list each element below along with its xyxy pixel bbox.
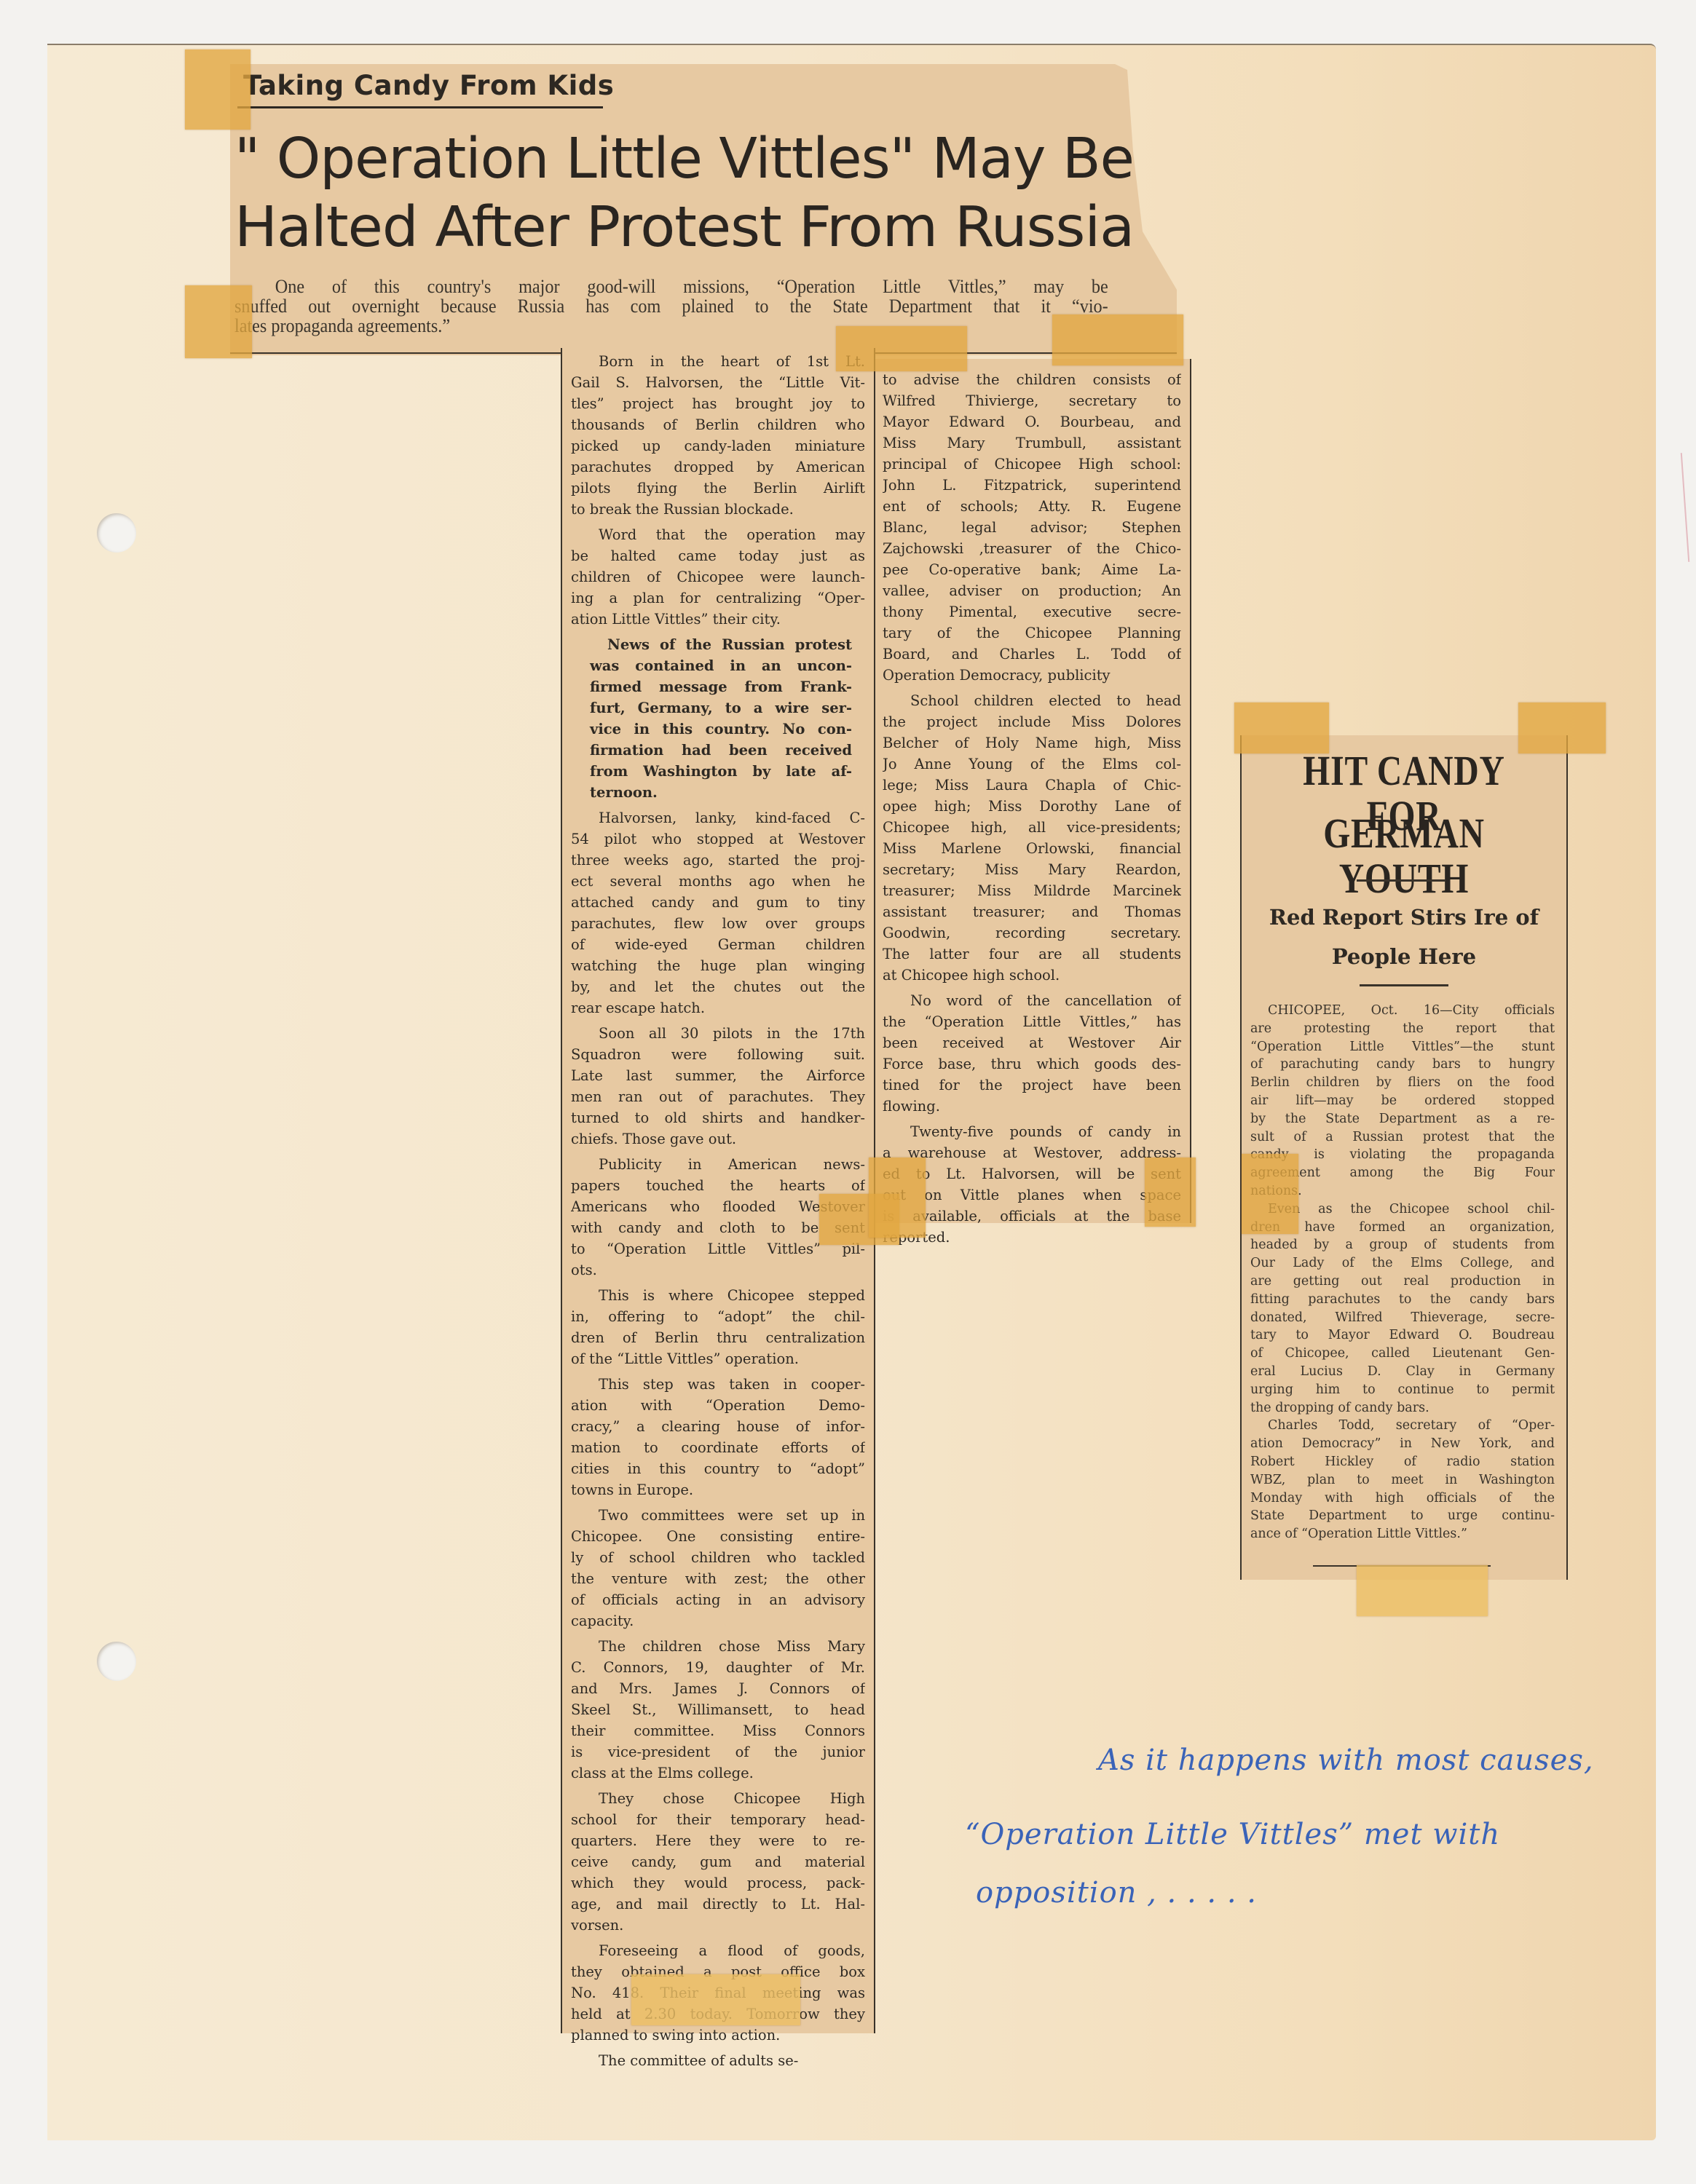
text-line: at Chicopee high school. <box>883 965 1181 986</box>
text-line: parachutes, flew low over groups <box>571 913 865 934</box>
tape-strip <box>1242 1154 1298 1234</box>
text-line: ly of school children who tackled <box>571 1547 865 1568</box>
article-column-1: Born in the heart of 1st Lt.Gail S. Halv… <box>561 348 875 2033</box>
text-line: ceive candy, gum and material <box>571 1851 865 1872</box>
handwritten-line-1: As it happens with most causes, <box>1098 1744 1594 1777</box>
text-line: of officials acting in an advisory <box>571 1589 865 1610</box>
text-line: sult of a Russian protest that the <box>1250 1128 1555 1147</box>
tape-strip <box>631 1974 800 2025</box>
text-line: Word that the operation may <box>571 524 865 545</box>
text-line: principal of Chicopee High school: <box>883 454 1181 475</box>
headline-line-2: Halted After Protest From Russia <box>234 199 1134 256</box>
text-line: ation with “Operation Demo- <box>571 1395 865 1416</box>
text-line: are getting out real production in <box>1250 1273 1555 1291</box>
text-line: from Washington by late af- <box>571 761 865 782</box>
text-line: reported. <box>883 1227 1181 1248</box>
text-line: is vice-president of the junior <box>571 1741 865 1762</box>
text-line: are protesting the report that <box>1250 1020 1555 1038</box>
text-line: attached candy and gum to tiny <box>571 892 865 913</box>
text-line: assistant treasurer; and Thomas <box>883 901 1181 922</box>
tape-strip <box>1052 314 1183 365</box>
tape-strip <box>185 285 252 358</box>
text-line: ation Little Vittles” their city. <box>571 609 865 630</box>
text-line: cities in this country to “adopt” <box>571 1458 865 1479</box>
text-line: vorsen. <box>571 1915 865 1936</box>
text-line: a warehouse at Westover, address- <box>883 1142 1181 1163</box>
text-line: Goodwin, recording secretary. <box>883 922 1181 943</box>
text-line: eral Lucius D. Clay in Germany <box>1250 1363 1555 1381</box>
text-line: Skeel St., Willimansett, to head <box>571 1699 865 1720</box>
text-line: thousands of Berlin children who <box>571 414 865 435</box>
text-line: and Mrs. James J. Connors of <box>571 1678 865 1699</box>
text-line: thony Pimental, executive secre- <box>883 601 1181 622</box>
text-line: vallee, adviser on production; An <box>883 580 1181 601</box>
text-line: urging him to continue to permit <box>1250 1381 1555 1399</box>
side-rule-bottom <box>1360 984 1448 986</box>
text-line: secretary; Miss Mary Reardon, <box>883 859 1181 880</box>
text-line: tary of the Chicopee Planning <box>883 622 1181 644</box>
text-line: ed to Lt. Halvorsen, will be sent <box>883 1163 1181 1184</box>
kicker-heading: Taking Candy From Kids <box>243 70 614 101</box>
text-line: Board, and Charles L. Todd of <box>883 644 1181 665</box>
text-line: John L. Fitzpatrick, superintend <box>883 475 1181 496</box>
text-line: picked up candy-laden miniature <box>571 435 865 456</box>
text-line: was contained in an uncon- <box>571 655 865 676</box>
text-line: class at the Elms college. <box>571 1762 865 1784</box>
handwritten-line-3: opposition , . . . . . <box>976 1876 1257 1910</box>
text-line: Publicity in American news- <box>571 1154 865 1175</box>
text-line: Twenty-five pounds of candy in <box>883 1121 1181 1142</box>
column-2-text: to advise the children consists ofWilfre… <box>883 369 1181 1248</box>
text-line: of the “Little Vittles” operation. <box>571 1348 865 1369</box>
text-line: Chicopee. One consisting entire- <box>571 1526 865 1547</box>
text-line: Zajchowski ,treasurer of the Chico- <box>883 538 1181 559</box>
text-line: ing a plan for centralizing “Oper- <box>571 587 865 609</box>
text-line: the project include Miss Dolores <box>883 711 1181 732</box>
text-line: towns in Europe. <box>571 1479 865 1500</box>
text-line: children of Chicopee were launch- <box>571 566 865 587</box>
text-line: of Chicopee, called Lieutenant Gen- <box>1250 1345 1555 1363</box>
tape-strip <box>185 50 251 130</box>
text-line: CHICOPEE, Oct. 16—City officials <box>1250 1002 1555 1020</box>
text-line: Mayor Edward O. Bourbeau, and <box>883 411 1181 432</box>
text-line: be halted came today just as <box>571 545 865 566</box>
text-line: Two committees were set up in <box>571 1505 865 1526</box>
text-line: Born in the heart of 1st Lt. <box>571 351 865 372</box>
text-line: capacity. <box>571 1610 865 1631</box>
text-line: Foreseeing a flood of goods, <box>571 1940 865 1961</box>
text-line: News of the Russian protest <box>571 634 865 655</box>
text-line: of parachuting candy bars to hungry <box>1250 1056 1555 1074</box>
text-line: chiefs. Those gave out. <box>571 1128 865 1150</box>
text-line: been received at Westover Air <box>883 1032 1181 1053</box>
text-line: tined for the project have been <box>883 1075 1181 1096</box>
text-line: men ran out of parachutes. They <box>571 1086 865 1107</box>
text-line: ation Democracy” in New York, and <box>1250 1435 1555 1453</box>
text-line: flowing. <box>883 1096 1181 1117</box>
text-line: Chicopee high, all vice-presidents; <box>883 817 1181 838</box>
text-line: State Department to urge continu- <box>1250 1507 1555 1525</box>
text-line: firmation had been received <box>571 740 865 761</box>
text-line: turned to old shirts and handker- <box>571 1107 865 1128</box>
text-line: The committee of adults se- <box>571 2050 865 2071</box>
text-line: dren of Berlin thru centralization <box>571 1327 865 1348</box>
text-line: papers touched the hearts of <box>571 1175 865 1196</box>
text-line: parachutes dropped by American <box>571 456 865 478</box>
text-line: their committee. Miss Connors <box>571 1720 865 1741</box>
text-line: Charles Todd, secretary of “Oper- <box>1250 1417 1555 1435</box>
text-line: No word of the cancellation of <box>883 990 1181 1011</box>
text-line: ternoon. <box>571 782 865 803</box>
side-headline-line-2: GERMAN YOUTH <box>1271 811 1537 901</box>
side-rule-top <box>1357 879 1445 882</box>
text-line: donated, Wilfred Thieverage, secre- <box>1250 1309 1555 1327</box>
text-line: The children chose Miss Mary <box>571 1636 865 1657</box>
text-line: Wilfred Thivierge, secretary to <box>883 390 1181 411</box>
text-line: fitting parachutes to the candy bars <box>1250 1291 1555 1309</box>
tape-strip <box>1357 1565 1488 1616</box>
text-line: of wide-eyed German children <box>571 934 865 955</box>
text-line: Our Lady of the Elms College, and <box>1250 1254 1555 1273</box>
tape-strip <box>1518 703 1606 753</box>
text-line: ance of “Operation Little Vittles.” <box>1250 1525 1555 1543</box>
text-line: in, offering to “adopt” the chil- <box>571 1306 865 1327</box>
tape-strip <box>1145 1158 1196 1227</box>
text-line: ent of schools; Atty. R. Eugene <box>883 496 1181 517</box>
text-line: age, and mail directly to Lt. Hal- <box>571 1894 865 1915</box>
text-line: Late last summer, the Airforce <box>571 1065 865 1086</box>
text-line: Halvorsen, lanky, kind-faced C- <box>571 807 865 828</box>
tape-strip <box>836 326 967 371</box>
text-line: planned to swing into action. <box>571 2025 865 2046</box>
text-line: furt, Germany, to a wire ser- <box>571 697 865 719</box>
article-column-2: to advise the children consists ofWilfre… <box>874 359 1191 1223</box>
side-subhead-line-2: People Here <box>1242 936 1566 977</box>
text-line: by the State Department as a re- <box>1250 1110 1555 1128</box>
text-line: Robert Hickley of radio station <box>1250 1453 1555 1471</box>
text-line: Jo Anne Young of the Elms col- <box>883 753 1181 775</box>
text-line: lege; Miss Laura Chapla of Chic- <box>883 775 1181 796</box>
tape-strip <box>869 1158 926 1238</box>
text-line: This is where Chicopee stepped <box>571 1285 865 1306</box>
text-line: to advise the children consists of <box>883 369 1181 390</box>
text-line: firmed message from Frank- <box>571 676 865 697</box>
handwritten-line-2: “Operation Little Vittles” met with <box>965 1818 1500 1851</box>
text-line: rear escape hatch. <box>571 997 865 1018</box>
text-line: pilots flying the Berlin Airlift <box>571 478 865 499</box>
text-line: opee high; Miss Dorothy Lane of <box>883 796 1181 817</box>
text-line: This step was taken in cooper- <box>571 1374 865 1395</box>
text-line: School children elected to head <box>883 690 1181 711</box>
text-line: Blanc, legal advisor; Stephen <box>883 517 1181 538</box>
text-line: headed by a group of students from <box>1250 1236 1555 1254</box>
text-line: Gail S. Halvorsen, the “Little Vit- <box>571 372 865 393</box>
text-line: air lift—may be ordered stopped <box>1250 1092 1555 1110</box>
binder-hole-top <box>97 513 136 553</box>
headline-line-1: " Operation Little Vittles" May Be <box>234 131 1134 187</box>
lede-paragraph: One of this country's major good-will mi… <box>234 277 1108 336</box>
text-line: which they would process, pack- <box>571 1872 865 1894</box>
text-line: Squadron were following suit. <box>571 1044 865 1065</box>
text-line: They chose Chicopee High <box>571 1788 865 1809</box>
text-line: is available, officials at the base <box>883 1206 1181 1227</box>
text-line: mation to coordinate efforts of <box>571 1437 865 1458</box>
text-line: vice in this country. No con- <box>571 719 865 740</box>
text-line: quarters. Here they were to re- <box>571 1830 865 1851</box>
text-line: treasurer; Miss Mildrde Marcinek <box>883 880 1181 901</box>
text-line: by, and let the chutes out the <box>571 976 865 997</box>
text-line: Force base, thru which goods des- <box>883 1053 1181 1075</box>
tape-strip <box>1234 703 1329 753</box>
text-line: tles” project has brought joy to <box>571 393 865 414</box>
text-line: ect several months ago when he <box>571 871 865 892</box>
text-line: Monday with high officials of the <box>1250 1489 1555 1508</box>
side-subhead-line-1: Red Report Stirs Ire of <box>1242 897 1566 938</box>
text-line: the “Operation Little Vittles,” has <box>883 1011 1181 1032</box>
text-line: school for their temporary head- <box>571 1809 865 1830</box>
text-line: the dropping of candy bars. <box>1250 1399 1555 1417</box>
side-article-body: CHICOPEE, Oct. 16—City officialsare prot… <box>1250 1002 1555 1543</box>
text-line: Belcher of Holy Name high, Miss <box>883 732 1181 753</box>
text-line: three weeks ago, started the proj- <box>571 850 865 871</box>
kicker-underline <box>237 106 603 108</box>
text-line: The latter four are all students <box>883 943 1181 965</box>
text-line: pee Co-operative bank; Aime La- <box>883 559 1181 580</box>
margin-mark <box>1681 453 1689 562</box>
text-line: C. Connors, 19, daughter of Mr. <box>571 1657 865 1678</box>
text-line: cracy,” a clearing house of infor- <box>571 1416 865 1437</box>
text-line: the venture with zest; the other <box>571 1568 865 1589</box>
text-line: to break the Russian blockade. <box>571 499 865 520</box>
text-line: Miss Marlene Orlowski, financial <box>883 838 1181 859</box>
text-line: “Operation Little Vittles”—the stunt <box>1250 1038 1555 1056</box>
binder-hole-bottom <box>97 1642 136 1681</box>
text-line: watching the huge plan winging <box>571 955 865 976</box>
text-line: Soon all 30 pilots in the 17th <box>571 1023 865 1044</box>
text-line: WBZ, plan to meet in Washington <box>1250 1471 1555 1489</box>
text-line: Operation Democracy, publicity <box>883 665 1181 686</box>
text-line: out on Vittle planes when space <box>883 1184 1181 1206</box>
text-line: ots. <box>571 1259 865 1281</box>
headline-clipping: Taking Candy From Kids " Operation Littl… <box>230 64 1177 355</box>
text-line: tary to Mayor Edward O. Boudreau <box>1250 1326 1555 1345</box>
text-line: Berlin children by fliers on the food <box>1250 1074 1555 1092</box>
text-line: Miss Mary Trumbull, assistant <box>883 432 1181 454</box>
text-line: 54 pilot who stopped at Westover <box>571 828 865 850</box>
